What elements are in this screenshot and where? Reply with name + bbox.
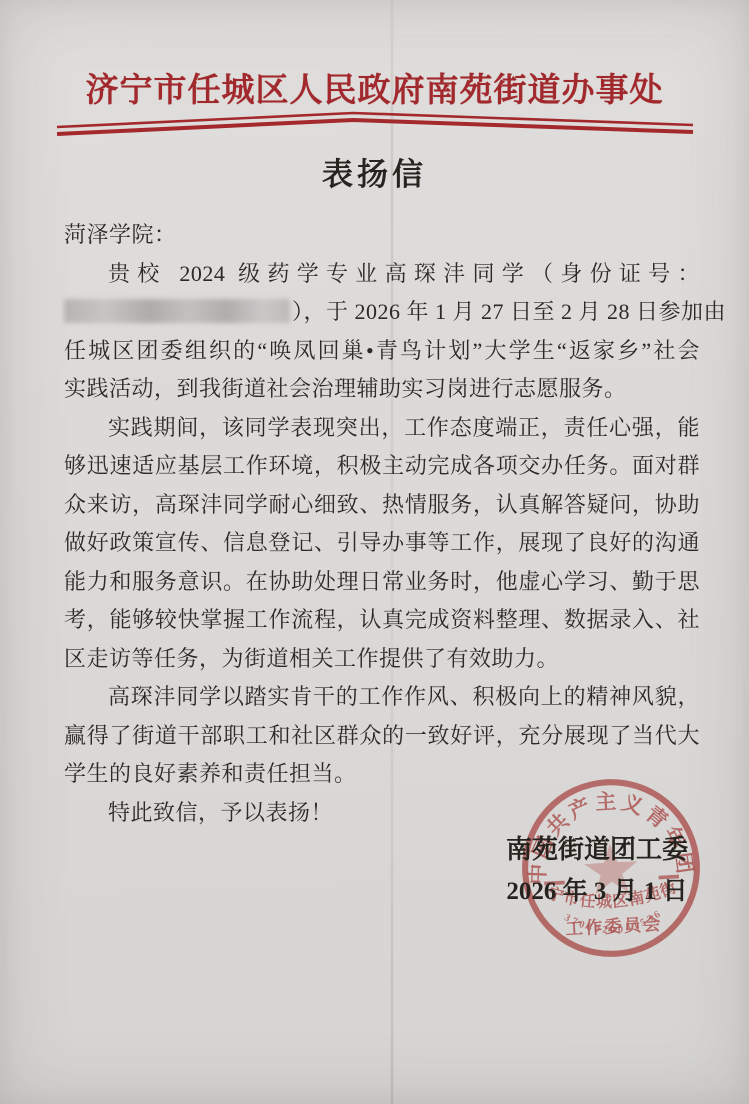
body-line: 实践活动，到我街道社会治理辅助实习岗进行志愿服务。 (64, 370, 700, 409)
body-line: 高琛沣同学以踏实肯干的工作作风、积极向上的精神风貌， (64, 678, 700, 717)
body-line: 众来访，高琛沣同学耐心细致、热情服务，认真解答疑问，协助 (64, 486, 700, 525)
redacted-id-line: ），于 2026 年 1 月 27 日至 2 月 28 日参加由 (64, 293, 700, 332)
body-line: ），于 2026 年 1 月 27 日至 2 月 28 日参加由 (292, 299, 726, 324)
signature-date: 2026 年 3 月 1 日 (472, 871, 722, 907)
body-line: 考，能够较快掌握工作流程，认真完成资料整理、数据录入、社 (64, 601, 700, 640)
salutation: 菏泽学院： (64, 216, 700, 255)
official-stamp: 中国共产主义青年团 济宁市任城区南苑街道 工作委员会 3708020041536 (514, 771, 707, 964)
redacted-id-blur (64, 299, 290, 323)
body-line: 够迅速适应基层工作环境，积极主动完成各项交办任务。面对群 (64, 447, 700, 486)
signature-org: 南苑街道团工委 (472, 829, 722, 866)
body-line: 实践期间，该同学表现突出，工作态度端正，责任心强，能 (64, 409, 700, 448)
body-line: 赢得了街道干部职工和社区群众的一致好评，充分展现了当代大 (64, 717, 700, 756)
body-line: 能力和服务意识。在协助处理日常业务时，他虚心学习、勤于思 (64, 563, 700, 602)
letterhead-org: 济宁市任城区人民政府南苑街道办事处 (0, 64, 749, 111)
body-line: 任城区团委组织的“唤凤回巢•青鸟计划”大学生“返家乡”社会 (64, 332, 700, 371)
body-line: 做好政策宣传、信息登记、引导办事等工作，展现了良好的沟通 (64, 524, 700, 563)
body-line: 贵校 2024 级药学专业高琛沣同学（身份证号： (64, 255, 700, 294)
letter-body: 菏泽学院： 贵校 2024 级药学专业高琛沣同学（身份证号： ），于 2026 … (64, 216, 700, 832)
letter-title: 表扬信 (0, 149, 749, 194)
letterhead-double-rule (55, 110, 695, 136)
letter-page: 济宁市任城区人民政府南苑街道办事处 表扬信 菏泽学院： 贵校 2024 级药学专… (0, 0, 749, 1104)
body-line: 区走访等任务，为街道相关工作提供了有效助力。 (64, 640, 700, 679)
